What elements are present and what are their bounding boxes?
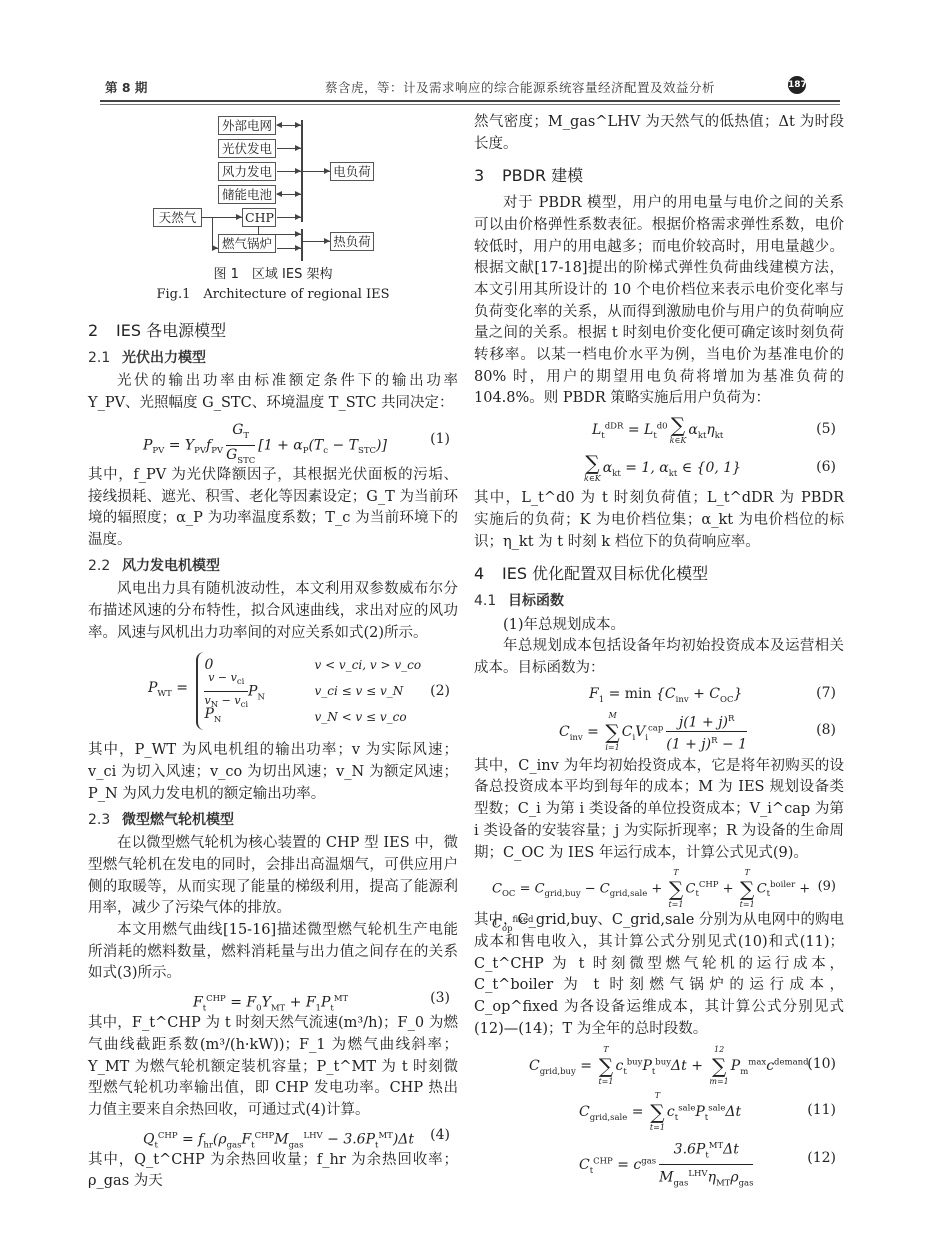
paragraph: 其中，F_t^CHP 为 t 时刻天然气流速(m³/h)；F_0 为燃气曲线截距… <box>88 1013 458 1122</box>
section-3-heading: 3PBDR 建模 <box>474 165 844 187</box>
arrow-left-icon <box>276 191 282 197</box>
arrow-right-icon <box>295 214 301 220</box>
equation-6: ∑k∈Kαkt = 1, αkt ∈ {0, 1} (6) <box>474 450 844 486</box>
box-natural-gas: 天然气 <box>153 208 202 227</box>
left-column: 外部电网 光伏发电 风力发电 储能电池 天然气 CHP 燃气锅炉 电负荷 热负荷 <box>88 112 458 1193</box>
equation-3: FtCHP = F0YMT + F1PtMT (3) <box>88 987 458 1011</box>
paragraph: 风电出力具有随机波动性，本文利用双参数威布尔分布描述风速的分布特性，拟合风速曲线… <box>88 579 458 644</box>
equation-number: (7) <box>816 683 836 705</box>
equation-11: Cgrid,sale = T∑t=1ctsalePtsaleΔt (11) <box>474 1089 844 1133</box>
box-chp: CHP <box>242 208 276 227</box>
paragraph: 其中，L_t^d0 为 t 时刻负荷值；L_t^dDR 为 PBDR 实施后的负… <box>474 488 844 553</box>
figure-caption-cn: 图 1 区域 IES 架构 <box>88 264 458 286</box>
arrow-right-icon <box>324 168 330 174</box>
paragraph: 光伏的输出功率由标准额定条件下的输出功率 Y_PV、光照幅度 G_STC、环境温… <box>88 371 458 414</box>
header-rule-thick <box>100 100 840 102</box>
list-item: (1)年总规划成本。 <box>474 615 844 637</box>
equation-10: Cgrid,buy = T∑t=1ctbuyPtbuyΔt + 12∑m=1Pm… <box>474 1043 844 1087</box>
arrow-right-icon <box>212 245 218 251</box>
arrow-right-icon <box>295 145 301 151</box>
equation-1: PPV = YPVfPVGTGSTC[1 + αP(Tc − TSTC)] (1… <box>88 417 458 463</box>
section-2-heading: 2IES 各电源模型 <box>88 320 458 342</box>
paragraph: 对于 PBDR 模型，用户的用电量与电价之间的关系可以由价格弹性系数表征。根据价… <box>474 193 844 410</box>
equation-5: LtdDR = Ltd0∑k∈Kαktηkt (5) <box>474 412 844 448</box>
box-electric-load: 电负荷 <box>330 162 374 181</box>
equation-number: (12) <box>807 1148 836 1170</box>
paragraph: 其中，f_PV 为光伏降额因子，其根据光伏面板的污垢、接线损耗、遮光、积雪、老化… <box>88 465 458 552</box>
running-header: 第 8 期 蔡含虎，等：计及需求响应的综合能源系统容量经济配置及效益分析 187 <box>105 76 805 96</box>
equation-12: CtCHP = cgas3.6PtMTΔtMgasLHVηMTρgas (12) <box>474 1135 844 1183</box>
figure-caption-en: Fig.1 Architecture of regional IES <box>88 284 458 306</box>
equation-number: (8) <box>816 720 836 742</box>
paragraph: 在以微型燃气轮机为核心装置的 CHP 型 IES 中，微型燃气轮机在发电的同时，… <box>88 833 458 920</box>
header-rule-thin <box>100 104 840 105</box>
equation-number: (1) <box>430 429 450 451</box>
equation-number: (2) <box>430 682 450 704</box>
equation-number: (10) <box>807 1054 836 1076</box>
arrow-left-icon <box>276 122 282 128</box>
heat-bus-line <box>301 229 303 261</box>
arrow-right-icon <box>295 168 301 174</box>
equation-number: (9) <box>818 876 836 898</box>
equation-8: Cinv = M∑i=1CiVicapj(1 + j)R(1 + j)R − 1… <box>474 708 844 754</box>
box-pv: 光伏发电 <box>218 139 276 158</box>
section-2-2-heading: 2.2风力发电机模型 <box>88 556 458 578</box>
box-battery: 储能电池 <box>218 185 276 204</box>
section-4-heading: 4IES 优化配置双目标优化模型 <box>474 563 844 585</box>
chp-heat-drop <box>258 226 259 234</box>
equation-9: COC = Cgrid,buy − Cgrid,sale + T∑t=1CtCH… <box>474 866 844 908</box>
paragraph: 本文用燃气曲线[15-16]描述微型燃气轮机生产电能所消耗的燃料数量，燃料消耗量… <box>88 920 458 985</box>
equation-number: (11) <box>807 1100 836 1122</box>
section-4-1-heading: 4.1目标函数 <box>474 591 844 613</box>
paragraph: 其中，C_inv 为年均初始投资成本，它是将年初购买的设备总投资成本平均到每年的… <box>474 756 844 865</box>
section-2-3-heading: 2.3微型燃气轮机模型 <box>88 810 458 832</box>
paragraph: 年总规划成本包括设备年均初始投资成本及运营相关成本。目标函数为： <box>474 636 844 679</box>
right-column: 然气密度；M_gas^LHV 为天然气的低热值；Δt 为时段长度。 3PBDR … <box>474 112 844 1185</box>
paragraph: 其中，P_WT 为风电机组的输出功率；v 为实际风速；v_ci 为切入风速；v_… <box>88 740 458 805</box>
equation-number: (4) <box>430 1125 450 1147</box>
arrow-right-icon <box>295 191 301 197</box>
arrow-right-icon <box>295 231 301 237</box>
box-gas-boiler: 燃气锅炉 <box>218 234 276 253</box>
box-wind: 风力发电 <box>218 162 276 181</box>
box-external-grid: 外部电网 <box>218 116 276 135</box>
figure-1-ies-architecture: 外部电网 光伏发电 风力发电 储能电池 天然气 CHP 燃气锅炉 电负荷 热负荷 <box>88 112 458 310</box>
page-number: 187 <box>788 76 806 94</box>
arrow-right-icon <box>236 214 242 220</box>
equation-number: (6) <box>816 457 836 479</box>
paragraph: 然气密度；M_gas^LHV 为天然气的低热值；Δt 为时段长度。 <box>474 112 844 155</box>
equation-number: (5) <box>816 419 836 441</box>
gas-boiler-drop <box>212 217 213 248</box>
running-title: 蔡含虎，等：计及需求响应的综合能源系统容量经济配置及效益分析 <box>325 78 715 96</box>
equation-7: F1 = min {Cinv + COC} (7) <box>474 682 844 706</box>
arrow-right-icon <box>295 245 301 251</box>
arrow-right-icon <box>295 122 301 128</box>
issue-number: 第 8 期 <box>105 78 147 96</box>
equation-2: PWT = 0v < v_ci, v > v_co v − vcivN − vc… <box>88 646 458 738</box>
equation-4: QtCHP = fhr(ρgasFtCHPMgasLHV − 3.6PtMT)Δ… <box>88 1124 458 1148</box>
box-heat-load: 热负荷 <box>330 232 374 251</box>
equation-number: (3) <box>430 988 450 1010</box>
section-2-1-heading: 2.1光伏出力模型 <box>88 348 458 370</box>
arrow-right-icon <box>324 238 330 244</box>
